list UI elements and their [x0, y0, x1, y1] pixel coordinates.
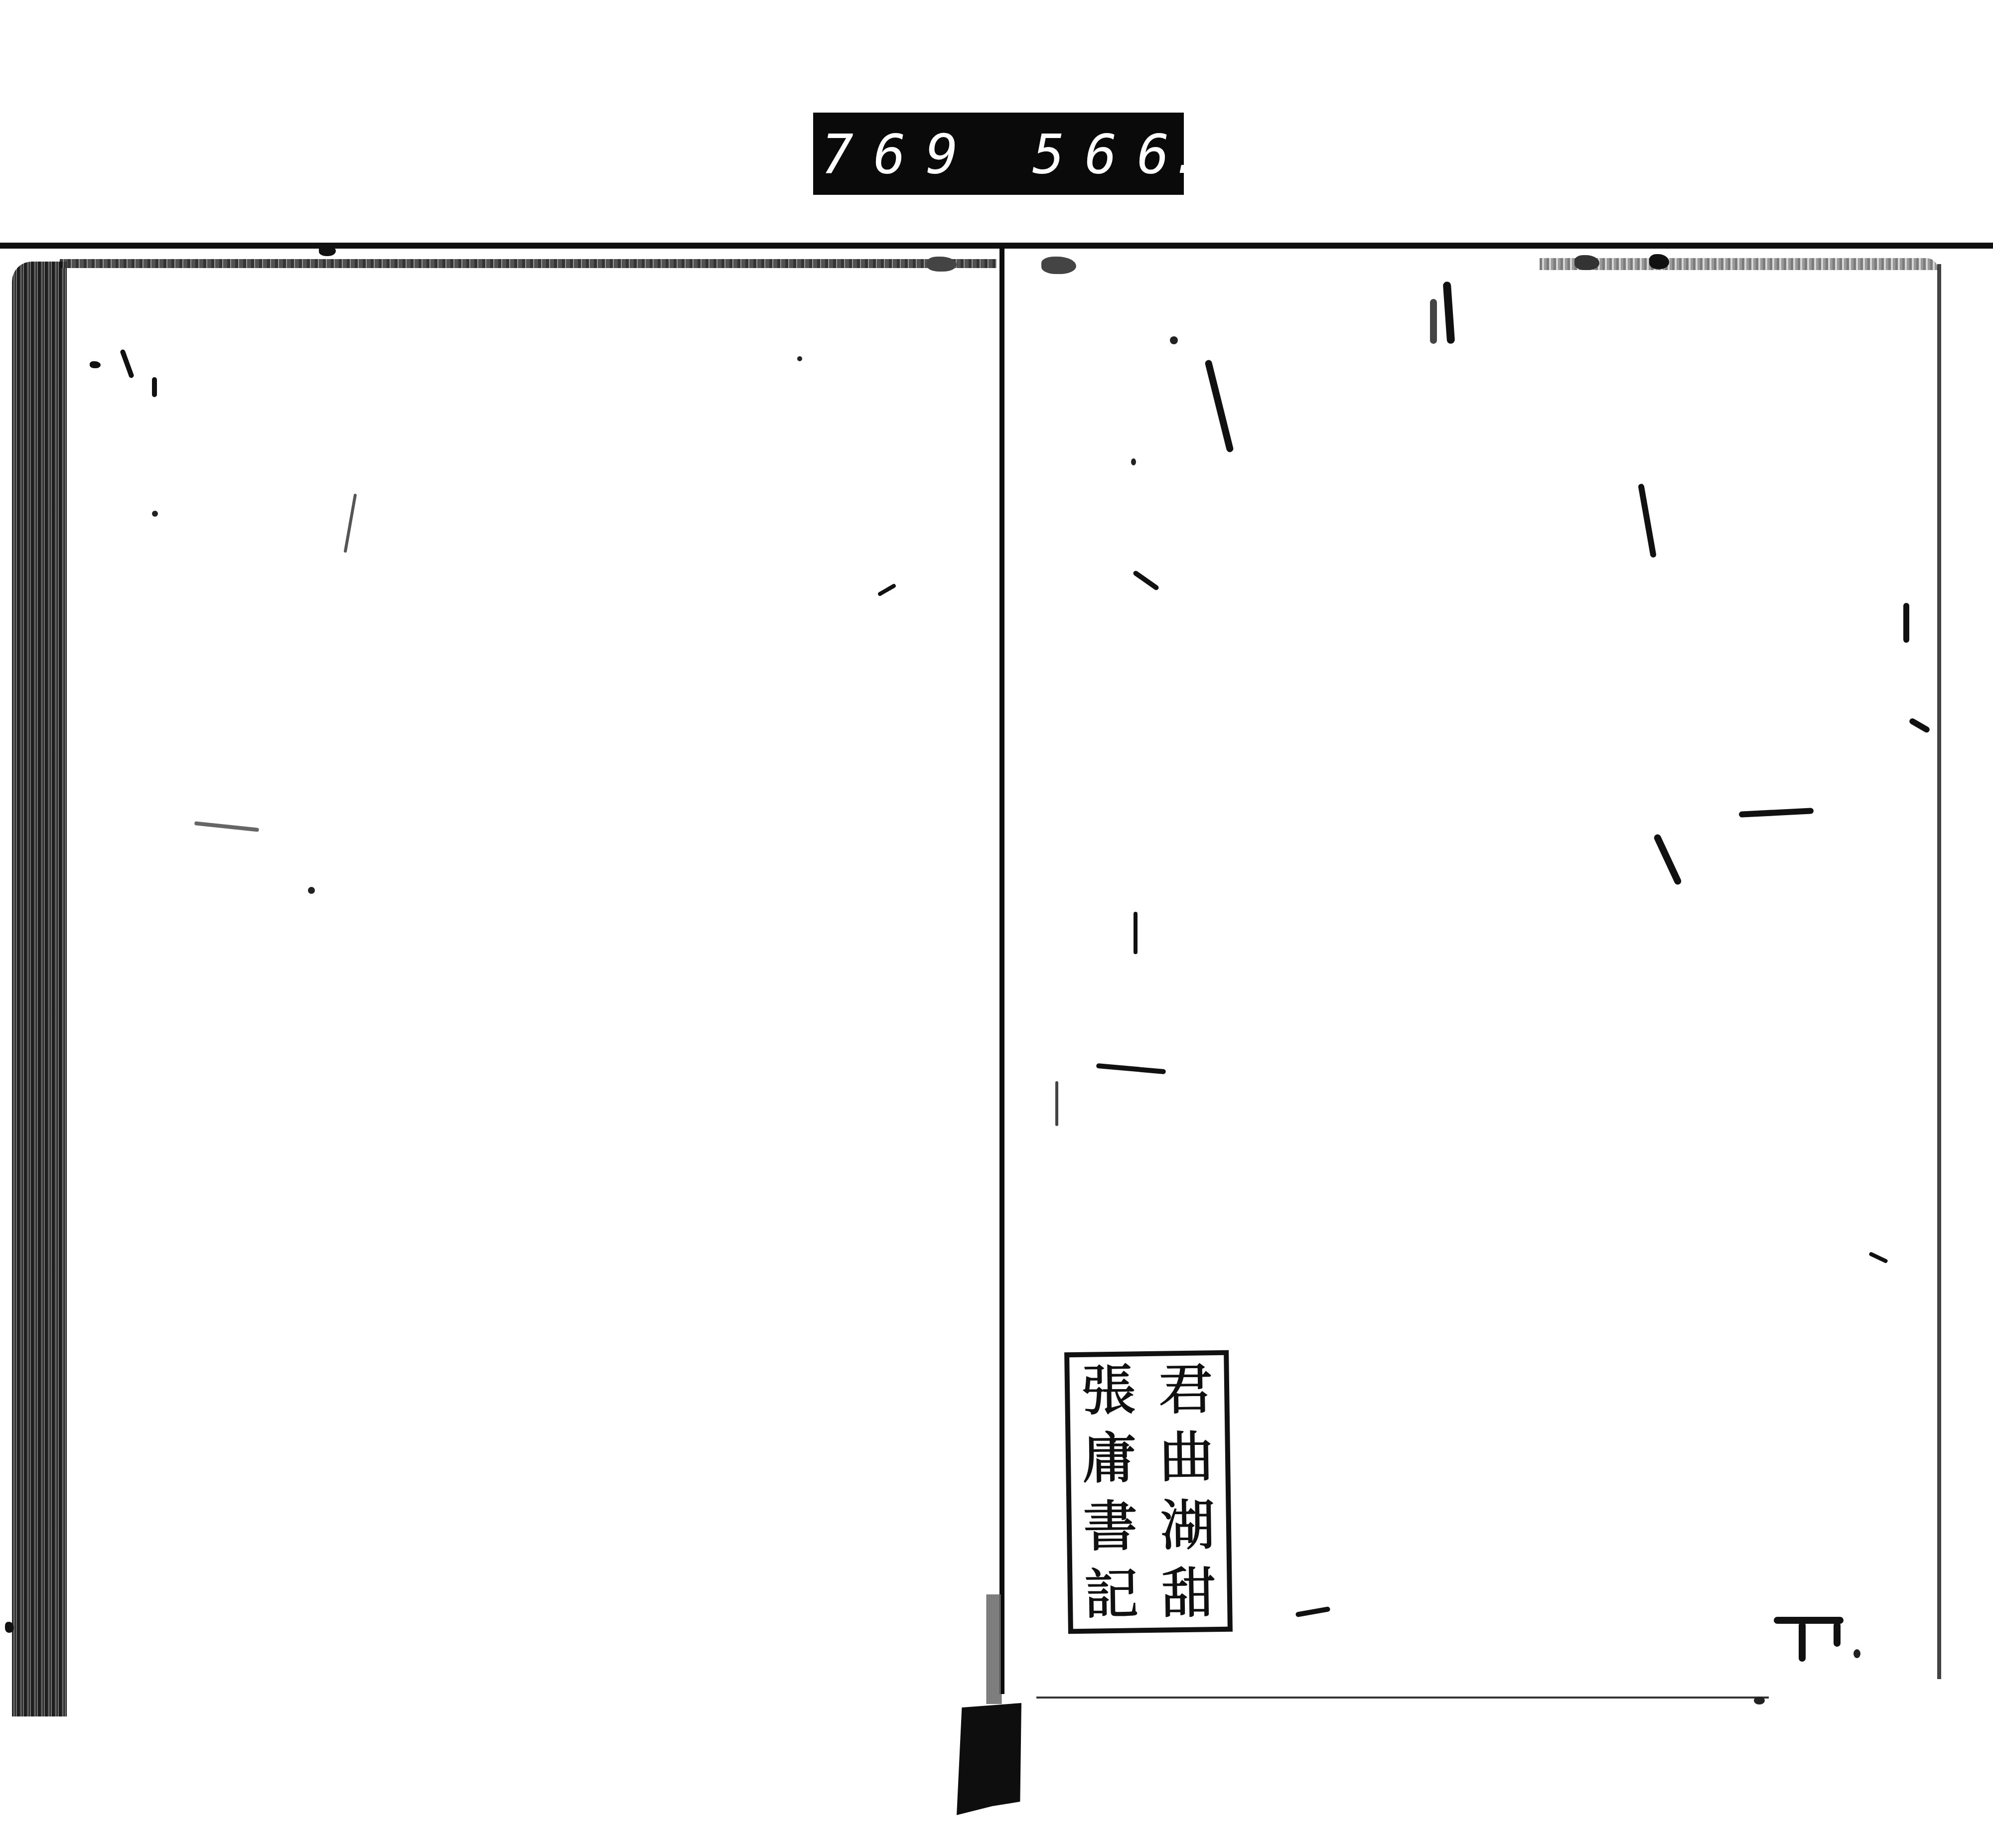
gutter-tab: [957, 1703, 1021, 1815]
seal-char: 湖: [1148, 1491, 1227, 1560]
frame-number-right: 5 6 6.: [1032, 128, 1204, 182]
right-page-bottom-edge: [1036, 1697, 1769, 1699]
digit: 6: [873, 128, 907, 182]
gutter-shadow: [987, 1594, 1001, 1704]
digit: 9: [926, 128, 959, 182]
frame-number-display: 7 6 9 5 6 6.: [813, 113, 1184, 195]
right-page-top-edge: [1540, 258, 1938, 270]
left-page: [12, 259, 1001, 1719]
seal-char: 庸: [1070, 1424, 1148, 1493]
seal-stamp: 張 君 庸 曲 書 湖 記 甜: [1064, 1350, 1233, 1634]
gutter-line: [999, 247, 1004, 1694]
seal-char: 曲: [1147, 1423, 1226, 1492]
left-book-edge: [12, 262, 67, 1716]
seal-char: 書: [1071, 1492, 1149, 1561]
digit: 6.: [1137, 128, 1204, 182]
digit: 6: [1085, 128, 1118, 182]
seal-char: 君: [1146, 1355, 1225, 1424]
digit: 7: [821, 128, 854, 182]
right-page-edge: [1937, 264, 1941, 1679]
left-page-top-edge: [60, 259, 996, 268]
seal-char: 張: [1069, 1356, 1147, 1425]
seal-char: 記: [1072, 1560, 1150, 1629]
digit: 5: [1032, 128, 1066, 182]
seal-char: 甜: [1149, 1559, 1228, 1628]
top-rule-line: [0, 243, 1993, 249]
frame-number-left: 7 6 9: [821, 128, 959, 182]
